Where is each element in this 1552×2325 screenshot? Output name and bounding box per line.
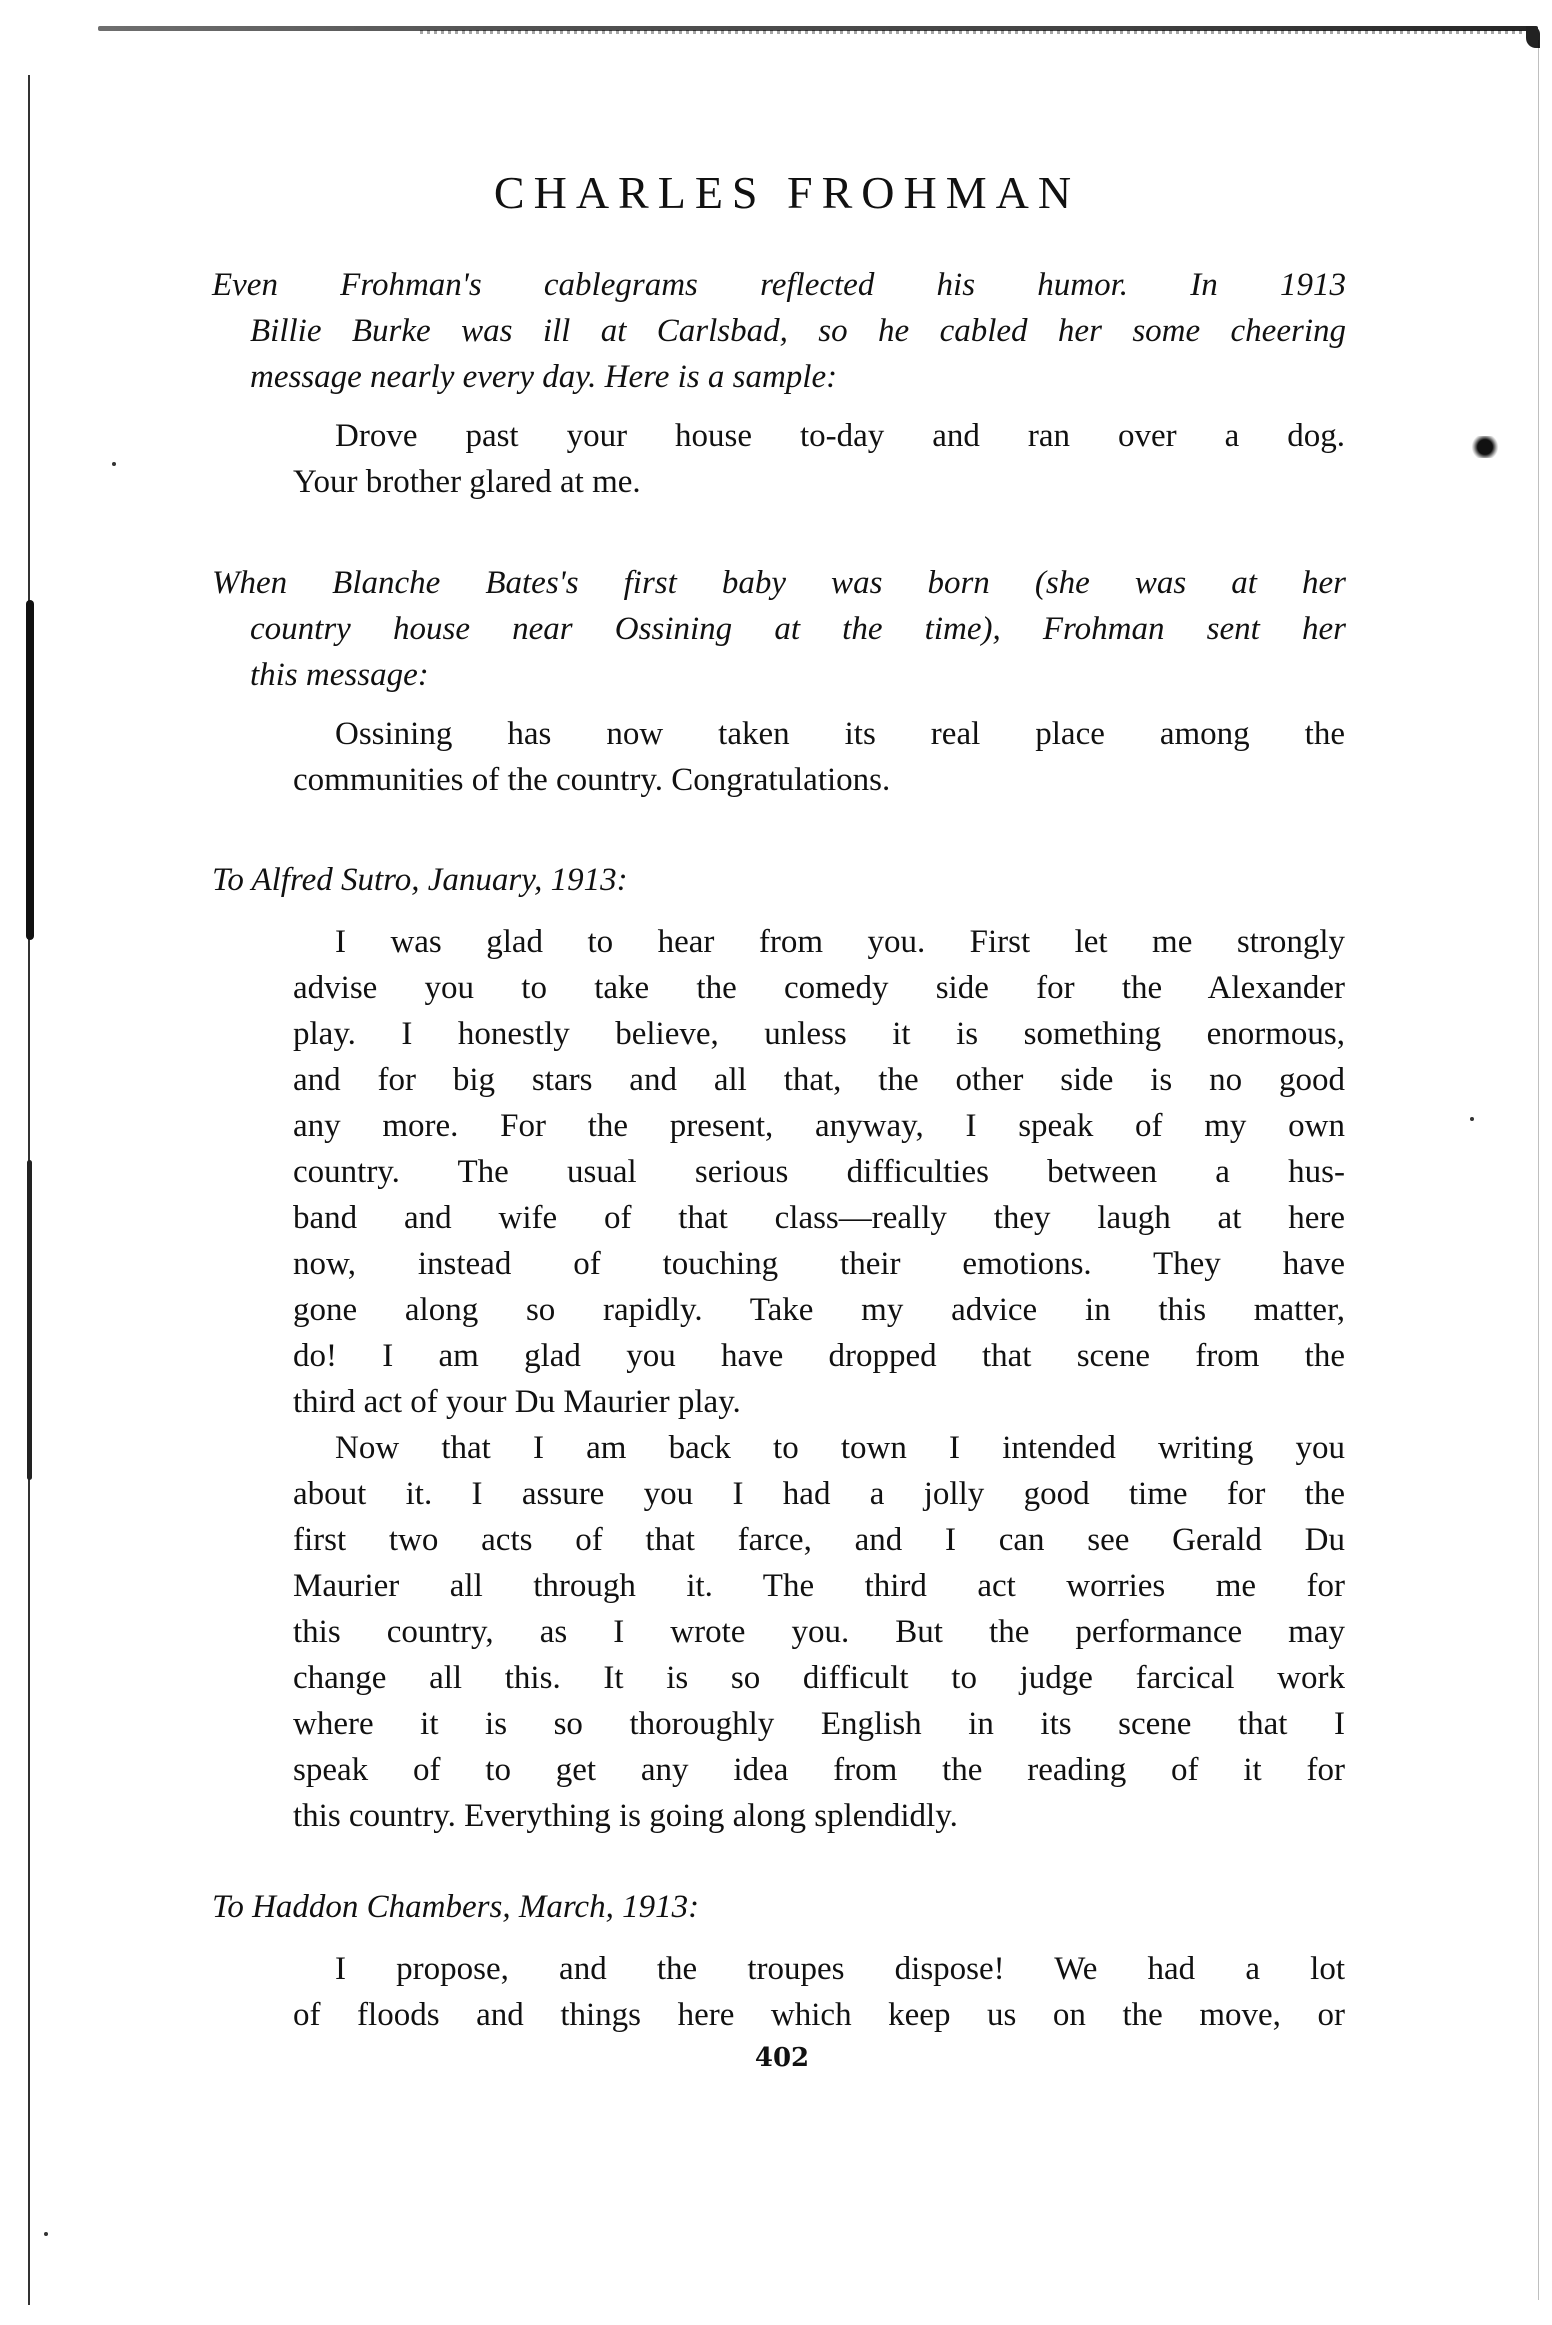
letter-line: speak of to get any idea from the readin… [293, 1747, 1345, 1793]
letter-line: advise you to take the comedy side for t… [293, 965, 1345, 1011]
quote-line: Your brother glared at me. [293, 459, 1345, 505]
letter-line: Maurier all through it. The third act wo… [293, 1563, 1345, 1609]
right-page-edge [1538, 40, 1539, 2300]
book-page: CHARLES FROHMAN Even Frohman's cablegram… [0, 0, 1552, 2325]
letter-line: about it. I assure you I had a jolly goo… [293, 1471, 1345, 1517]
letter-body-haddon-chambers: I propose, and the troupes dispose! We h… [293, 1946, 1345, 2038]
letter-line: this country, as I wrote you. But the pe… [293, 1609, 1345, 1655]
cablegram-quote-blanche-bates: Ossining has now taken its real place am… [293, 711, 1345, 803]
letter-line: first two acts of that farce, and I can … [293, 1517, 1345, 1563]
letter-line: country. The usual serious difficulties … [293, 1149, 1345, 1195]
letter-line: do! I am glad you have dropped that scen… [293, 1333, 1345, 1379]
cablegram-quote-billie-burke: Drove past your house to-day and ran ove… [293, 413, 1345, 505]
section-intro-billie-burke: Even Frohman's cablegrams reflected his … [212, 262, 1346, 400]
letter-line: band and wife of that class—really they … [293, 1195, 1345, 1241]
letter-line: third act of your Du Maurier play. [293, 1379, 1345, 1425]
section-intro-blanche-bates: When Blanche Bates's first baby was born… [212, 560, 1346, 698]
letter-line: I propose, and the troupes dispose! We h… [293, 1946, 1345, 1992]
letter-line: any more. For the present, anyway, I spe… [293, 1103, 1345, 1149]
letter-heading-alfred-sutro: To Alfred Sutro, January, 1913: [212, 857, 628, 903]
intro-line: When Blanche Bates's first baby was born… [212, 560, 1346, 606]
running-head: CHARLES FROHMAN [0, 165, 1552, 221]
intro-line: message nearly every day. Here is a samp… [212, 354, 1346, 400]
top-edge-shading [420, 30, 1530, 34]
quote-line: Ossining has now taken its real place am… [293, 711, 1345, 757]
letter-body-alfred-sutro: I was glad to hear from you. First let m… [293, 919, 1345, 1839]
speck [44, 2232, 48, 2236]
ink-smudge [1470, 436, 1500, 458]
letter-line: this country. Everything is going along … [293, 1793, 1345, 1839]
letter-heading-haddon-chambers: To Haddon Chambers, March, 1913: [212, 1884, 699, 1930]
intro-line: Billie Burke was ill at Carlsbad, so he … [212, 308, 1346, 354]
letter-line: where it is so thoroughly English in its… [293, 1701, 1345, 1747]
speck [1470, 1117, 1474, 1121]
letter-line: of floods and things here which keep us … [293, 1992, 1345, 2038]
letter-line: and for big stars and all that, the othe… [293, 1057, 1345, 1103]
quote-line: Drove past your house to-day and ran ove… [293, 413, 1345, 459]
letter-line: play. I honestly believe, unless it is s… [293, 1011, 1345, 1057]
letter-line: change all this. It is so difficult to j… [293, 1655, 1345, 1701]
intro-line: Even Frohman's cablegrams reflected his … [212, 262, 1346, 308]
left-edge-shadow-lower [27, 1160, 32, 1480]
letter-line: gone along so rapidly. Take my advice in… [293, 1287, 1345, 1333]
letter-line: now, instead of touching their emotions.… [293, 1241, 1345, 1287]
intro-line: this message: [212, 652, 1346, 698]
letter-line: I was glad to hear from you. First let m… [293, 919, 1345, 965]
intro-line: country house near Ossining at the time)… [212, 606, 1346, 652]
letter-line: Now that I am back to town I intended wr… [293, 1425, 1345, 1471]
speck [112, 462, 116, 466]
page-number: 402 [0, 2043, 1552, 2073]
quote-line: communities of the country. Congratulati… [293, 757, 1345, 803]
left-edge-shadow [26, 600, 34, 940]
